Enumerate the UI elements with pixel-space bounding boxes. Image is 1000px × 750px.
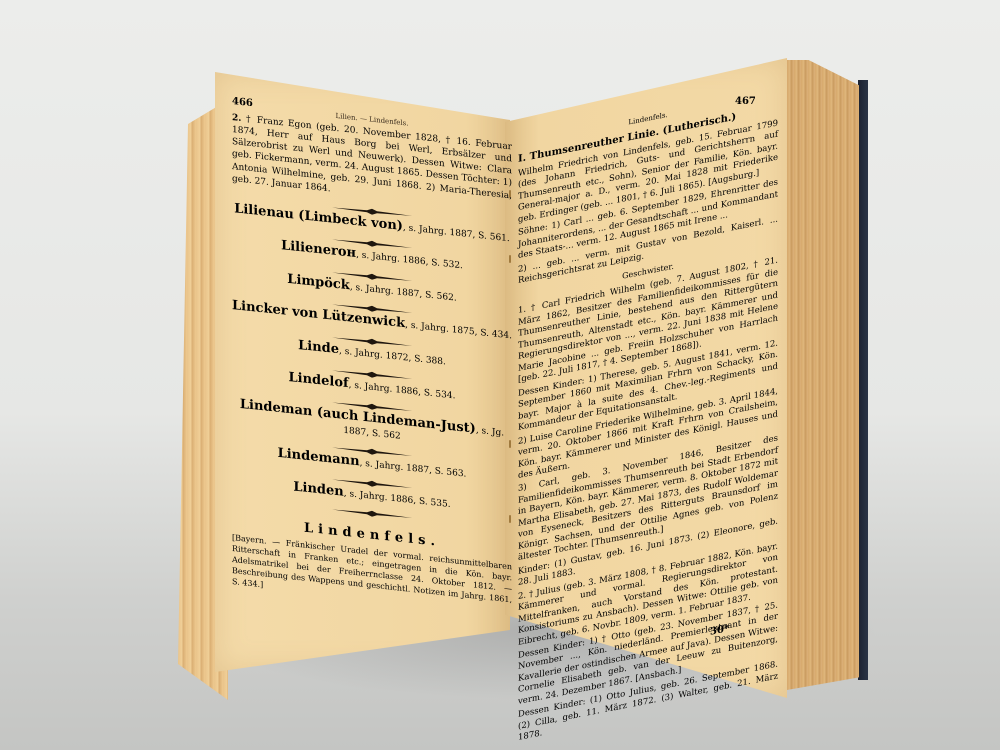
reference-list: Lilienau (Limbeck von), s. Jahrg. 1887, … [232, 194, 512, 531]
entry-number: 2. [232, 113, 241, 124]
ornament-rule-icon [332, 506, 412, 520]
book-photo: 466 Lilien. — Lindenfels. 2. † Franz Ego… [0, 0, 1000, 750]
book-cover-edge [858, 80, 868, 680]
right-page-number: 467 [735, 96, 756, 107]
right-page-content: Lindenfels. I. Thumsenreuther Linie. (Lu… [518, 89, 778, 746]
left-page-content: 466 Lilien. — Lindenfels. 2. † Franz Ego… [232, 95, 512, 617]
right-page-block-edge [787, 60, 859, 690]
